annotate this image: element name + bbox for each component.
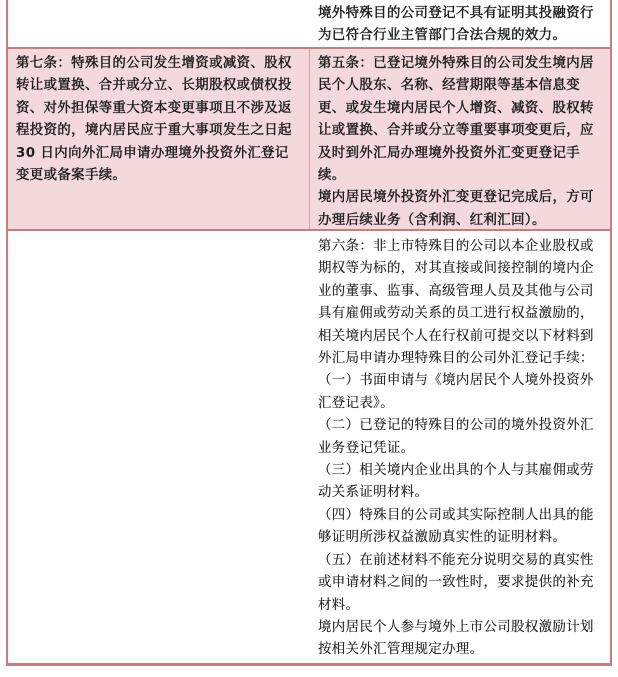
article-5-text: 第五条：已登记境外特殊目的公司发生境内居民个人股东、名称、经营期限等基本信息变更… [318, 53, 604, 187]
cell-article-6: 第六条：非上市特殊目的公司以本企业股权或期权等为标的，对其直接或间接控制的境内企… [310, 231, 610, 663]
top-right-text: 境外特殊目的公司登记不具有证明其投融资行为已符合行业主管部门合法合规的效力。 [318, 3, 604, 48]
regulation-comparison-table: 境外特殊目的公司登记不具有证明其投融资行为已符合行业主管部门合法合规的效力。 第… [6, 0, 612, 666]
cell-top-left [8, 0, 310, 47]
table-row-bottom: 第六条：非上市特殊目的公司以本企业股权或期权等为标的，对其直接或间接控制的境内企… [8, 231, 610, 663]
article-6-intro: 第六条：非上市特殊目的公司以本企业股权或期权等为标的，对其直接或间接控制的境内企… [318, 236, 604, 370]
cell-article-7: 第七条：特殊目的公司发生增资或减资、股权转让或置换、合并或分立、长期股权或债权投… [8, 49, 310, 229]
cell-bottom-left [8, 231, 310, 663]
article-6-item-1: （一）书面申请与《境内居民个人境外投资外汇登记表》。 [318, 370, 604, 415]
article-6-closing: 境内居民个人参与境外上市公司股权激励计划按相关外汇管理规定办理。 [318, 617, 604, 662]
article-6-item-2: （二）已登记的特殊目的公司的境外投资外汇业务登记凭证。 [318, 415, 604, 460]
article-6-item-4: （四）特殊目的公司或其实际控制人出具的能够证明所涉权益激励真实性的证明材料。 [318, 505, 604, 550]
article-6-item-5: （五）在前述材料不能充分说明交易的真实性或申请材料之间的一致性时，要求提供的补充… [318, 550, 604, 617]
cell-top-right: 境外特殊目的公司登记不具有证明其投融资行为已符合行业主管部门合法合规的效力。 [310, 0, 610, 47]
article-7-text: 第七条：特殊目的公司发生增资或减资、股权转让或置换、合并或分立、长期股权或债权投… [16, 53, 301, 187]
article-6-item-3: （三）相关境内企业出具的个人与其雇佣或劳动关系证明材料。 [318, 460, 604, 505]
table-row-top: 境外特殊目的公司登记不具有证明其投融资行为已符合行业主管部门合法合规的效力。 [8, 0, 610, 49]
cell-article-5: 第五条：已登记境外特殊目的公司发生境内居民个人股东、名称、经营期限等基本信息变更… [310, 49, 610, 229]
table-row-highlighted: 第七条：特殊目的公司发生增资或减资、股权转让或置换、合并或分立、长期股权或债权投… [8, 49, 610, 231]
article-5-note: 境内居民境外投资外汇变更登记完成后，方可办理后续业务（含利润、红利汇回）。 [318, 187, 604, 232]
